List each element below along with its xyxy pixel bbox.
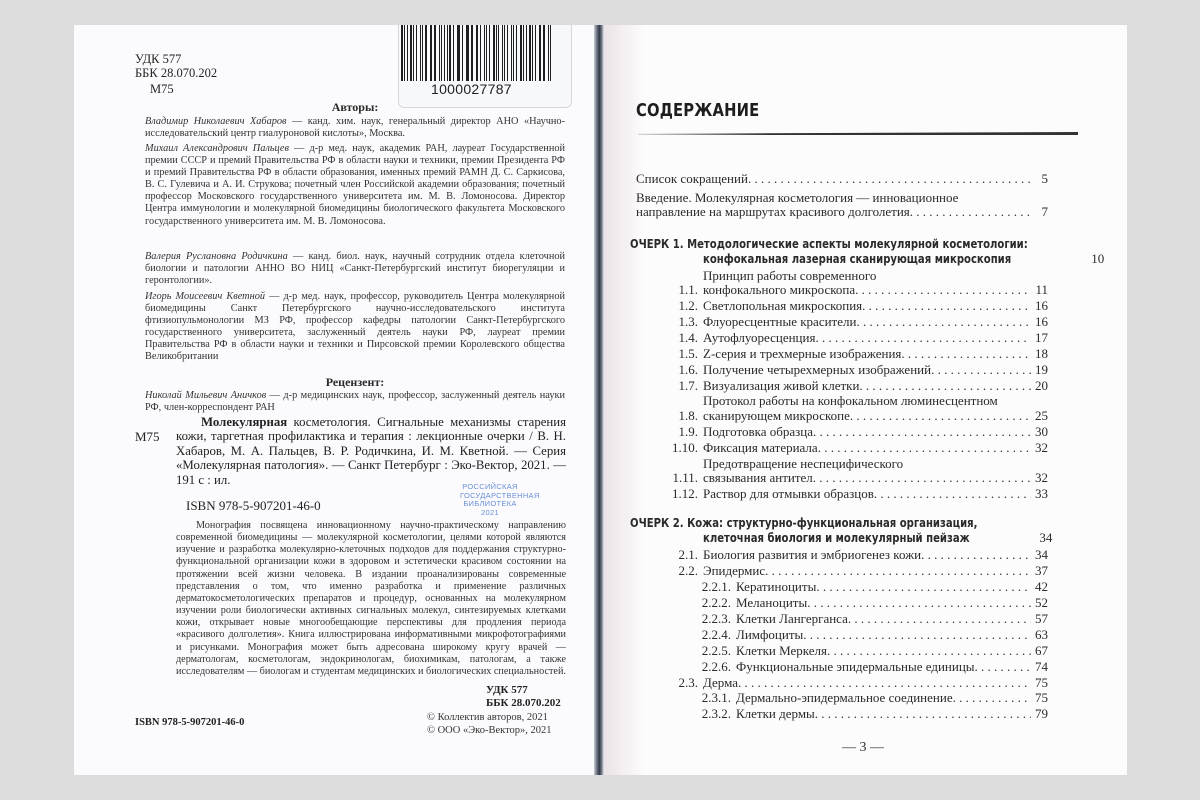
toc-entry-body: Лимфоциты . . . . . . . . . . . . . . . … <box>736 628 1031 642</box>
chapter-title: Методологические аспекты молекулярной ко… <box>687 236 1028 251</box>
toc-entry[interactable]: 1.5.Z-серия и трехмерные изображения . .… <box>636 347 1048 361</box>
toc-entry-text: Клетки дермы <box>736 707 815 721</box>
isbn: ISBN 978-5-907201-46-0 <box>186 498 321 514</box>
dot-leader: . . . . . . . . . . . . . . . . . . . . … <box>807 596 1031 610</box>
toc-entry-text: Фиксация материала <box>703 441 818 455</box>
barcode-bar <box>462 25 463 81</box>
toc-entry-text: Раствор для отмывки образцов <box>703 487 874 501</box>
toc-entry-text: Визуализация живой клетки <box>703 379 859 393</box>
toc-entry-line: конфокального микроскопа . . . . . . . .… <box>703 283 1031 297</box>
barcode-sticker: 1000027787 <box>398 25 572 108</box>
chapter-title-line: конфокальная лазерная сканирующая микрос… <box>703 251 1048 266</box>
toc-entry-body: Функциональные эпидермальные единицы . .… <box>736 660 1031 674</box>
barcode-bar <box>507 25 508 81</box>
toc-entry-line: Клетки Лангерганса . . . . . . . . . . .… <box>736 612 1031 626</box>
toc-page-number: 63 <box>1031 628 1048 642</box>
toc-entry[interactable]: 2.2.1.Кератиноциты . . . . . . . . . . .… <box>636 580 1048 594</box>
chapter-title-line: клеточная биология и молекулярный пейзаж… <box>703 530 1048 545</box>
toc-entry-text: Лимфоциты <box>736 628 803 642</box>
toc-entry-number: 2.2.4. <box>636 628 736 642</box>
dot-leader: . . . . . . . . . . . . . . . . . . . . … <box>848 612 1031 626</box>
chapter-title-line: ОЧЕРК 2. Кожа: структурно-функциональная… <box>630 515 1046 530</box>
chapter-label: ОЧЕРК 2. <box>630 515 684 530</box>
author-name: Михаил Александрович Пальцев <box>145 143 289 154</box>
reviewer-heading: Рецензент: <box>135 375 575 390</box>
toc-entry[interactable]: 1.4.Аутофлуоресценция . . . . . . . . . … <box>636 331 1048 345</box>
toc-entry-body: Светлопольная микроскопия . . . . . . . … <box>703 299 1031 313</box>
toc-entry-body: Аутофлуоресценция . . . . . . . . . . . … <box>703 331 1031 345</box>
barcode-icon <box>401 25 553 81</box>
toc-entry[interactable]: 1.11.Предотвращение неспецифическогосвяз… <box>636 457 1048 486</box>
dot-leader: . . . . . . . . . . . . . . . . . . . . … <box>765 564 1031 578</box>
toc-entry-number: 2.3.2. <box>636 707 736 721</box>
chapter-title-line: ОЧЕРК 1. Методологические аспекты молеку… <box>630 236 1046 251</box>
toc-entry[interactable]: Введение. Молекулярная косметология — ин… <box>636 191 1048 220</box>
toc-page-number: 34 <box>1031 548 1048 562</box>
toc-page-number: 30 <box>1031 425 1048 439</box>
toc-page-number: 7 <box>1031 205 1048 219</box>
dot-leader: . . . . . . . . . . . . . . . . . . . . … <box>818 441 1031 455</box>
barcode-bar <box>410 25 411 81</box>
barcode-bar <box>434 25 436 81</box>
toc-entry-number: 1.8. <box>636 409 703 423</box>
toc-entry-number: 2.2.6. <box>636 660 736 674</box>
barcode-bar <box>467 25 469 81</box>
toc-entry-text: Флуоресцентные красители <box>703 315 856 329</box>
udk-bbk-header: УДК 577 ББК 28.070.202 <box>135 52 217 80</box>
copyright-publisher: © ООО «Эко-Вектор», 2021 <box>427 724 552 737</box>
toc-entry[interactable]: 2.2.2.Меланоциты . . . . . . . . . . . .… <box>636 596 1048 610</box>
toc-entry-body: Эпидермис . . . . . . . . . . . . . . . … <box>703 564 1031 578</box>
barcode-bar <box>476 25 477 81</box>
toc-entry-line: Флуоресцентные красители . . . . . . . .… <box>703 315 1031 329</box>
toc-entry-line: Клетки дермы . . . . . . . . . . . . . .… <box>736 707 1031 721</box>
toc-entry-body: Биология развития и эмбриогенез кожи . .… <box>703 548 1031 562</box>
toc-entry[interactable]: 2.2.3.Клетки Лангерганса . . . . . . . .… <box>636 612 1048 626</box>
author-name: Владимир Николаевич Хабаров <box>145 116 287 127</box>
author-name: Игорь Моисеевич Кветной <box>145 291 265 302</box>
barcode-bar <box>513 25 514 81</box>
toc-entry-text: сканирующем микроскопе <box>703 409 850 423</box>
dot-leader: . . . . . . . . . . . . . . . . . . . . … <box>813 425 1031 439</box>
toc-entry-line: Z-серия и трехмерные изображения . . . .… <box>703 347 1031 361</box>
toc-page-number: 16 <box>1031 299 1048 313</box>
toc-page-number: 74 <box>1031 660 1048 674</box>
dot-leader: . . . . . . . . . . . . . . . . . . . . … <box>859 379 1031 393</box>
toc-entry-line: Эпидермис . . . . . . . . . . . . . . . … <box>703 564 1031 578</box>
toc-entry-number: 2.2.5. <box>636 644 736 658</box>
author-entry: Владимир Николаевич Хабаров — канд. хим.… <box>145 116 565 140</box>
toc-entry-text: Биология развития и эмбриогенез кожи <box>703 548 921 562</box>
toc-entry-body: Дерма . . . . . . . . . . . . . . . . . … <box>703 676 1031 690</box>
toc-entry-body: Клетки Меркеля . . . . . . . . . . . . .… <box>736 644 1031 658</box>
toc-entry-number: 1.7. <box>636 379 703 393</box>
toc-entry-body: Меланоциты . . . . . . . . . . . . . . .… <box>736 596 1031 610</box>
toc-entry-body: Подготовка образца . . . . . . . . . . .… <box>703 425 1031 439</box>
toc-page-number: 19 <box>1031 363 1048 377</box>
toc-entry-body: Принцип работы современногоконфокального… <box>703 269 1031 298</box>
toc-entry-body: Визуализация живой клетки . . . . . . . … <box>703 379 1031 393</box>
barcode-bar <box>484 25 485 81</box>
toc-entry-line: Список сокращений . . . . . . . . . . . … <box>636 172 1031 186</box>
toc-entry[interactable]: 2.2.6.Функциональные эпидермальные едини… <box>636 660 1048 674</box>
toc-entry-text: Дерма <box>703 676 738 690</box>
author-description: — д-р мед. наук, академик РАН, лауреат Г… <box>145 143 565 227</box>
toc-page-number: 33 <box>1031 487 1048 501</box>
toc-entry-line: Принцип работы современного <box>703 269 1031 283</box>
toc-entry-body: Клетки Лангерганса . . . . . . . . . . .… <box>736 612 1031 626</box>
toc-entry-text: Клетки Лангерганса <box>736 612 848 626</box>
barcode-bar <box>502 25 503 81</box>
toc-entry-body: Флуоресцентные красители . . . . . . . .… <box>703 315 1031 329</box>
barcode-bar <box>511 25 512 81</box>
barcode-bar <box>441 25 442 81</box>
barcode-bar <box>496 25 497 81</box>
barcode-bar <box>526 25 527 81</box>
dot-leader: . . . . . . . . . . . . . . . . . . . . … <box>816 580 1031 594</box>
barcode-bar <box>431 25 432 81</box>
toc-entry-number: 1.9. <box>636 425 703 439</box>
toc-page-number: 75 <box>1031 676 1048 690</box>
toc-page-number: 25 <box>1031 409 1048 423</box>
table-of-contents: Список сокращений . . . . . . . . . . . … <box>636 170 1048 723</box>
toc-entry-number: 1.10. <box>636 441 703 455</box>
toc-page-number: 34 <box>1036 530 1052 545</box>
dot-leader: . . . . . . . . . . . . . . . . . . . . … <box>855 283 1031 297</box>
toc-entry-line: Светлопольная микроскопия . . . . . . . … <box>703 299 1031 313</box>
barcode-bar <box>453 25 454 81</box>
barcode-bar <box>407 25 408 81</box>
toc-entry[interactable]: 1.8.Протокол работы на конфокальном люми… <box>636 394 1048 423</box>
dot-leader: . . . . . . . . . . . . . . . . . . . . … <box>874 487 1031 501</box>
toc-entry-number: 2.3.1. <box>636 691 736 705</box>
toc-entry-line: Визуализация живой клетки . . . . . . . … <box>703 379 1031 393</box>
chapter-label: ОЧЕРК 1. <box>630 236 684 251</box>
toc-entry-text: Кератиноциты <box>736 580 816 594</box>
barcode-bar <box>413 25 414 81</box>
toc-entry[interactable]: 2.1.Биология развития и эмбриогенез кожи… <box>636 548 1048 562</box>
toc-entry-text: Функциональные эпидермальные единицы <box>736 660 975 674</box>
chapter-heading[interactable]: ОЧЕРК 1. Методологические аспекты молеку… <box>636 236 1048 266</box>
toc-entry-line: Лимфоциты . . . . . . . . . . . . . . . … <box>736 628 1031 642</box>
barcode-bar <box>532 25 533 81</box>
toc-entry[interactable]: 1.9.Подготовка образца . . . . . . . . .… <box>636 425 1048 439</box>
barcode-bar <box>543 25 545 81</box>
author-entry: Михаил Александрович Пальцев — д-р мед. … <box>145 143 565 228</box>
barcode-number: 1000027787 <box>431 81 512 97</box>
author-entry: Валерия Руслановна Родичкина — канд. био… <box>145 251 565 287</box>
toc-entry-number: 2.2.2. <box>636 596 736 610</box>
barcode-bar <box>422 25 423 81</box>
udk-code-footer: УДК 577 <box>486 684 561 697</box>
toc-entry-body: Получение четырехмерных изображений . . … <box>703 363 1031 377</box>
toc-page-number: 37 <box>1031 564 1048 578</box>
toc-entry-number: 1.12. <box>636 487 703 501</box>
reviewer-name: Николай Мильевич Аничков <box>145 390 266 401</box>
toc-page-number: 79 <box>1031 707 1048 721</box>
toc-entry[interactable]: 1.12.Раствор для отмывки образцов . . . … <box>636 487 1048 501</box>
chapter-title: Кожа: структурно-функциональная организа… <box>687 515 977 530</box>
toc-entry[interactable]: 2.2.Эпидермис . . . . . . . . . . . . . … <box>636 564 1048 578</box>
barcode-bar <box>404 25 405 81</box>
dot-leader: . . . . . . . . . . . . . . . . . . . . … <box>862 299 1031 313</box>
barcode-bar <box>439 25 440 81</box>
barcode-bar <box>449 25 451 81</box>
toc-entry-body: Протокол работы на конфокальном люминесц… <box>703 394 1031 423</box>
bbk-code-footer: ББК 28.070.202 <box>486 697 561 710</box>
chapter-subtitle-wrap: конфокальная лазерная сканирующая микрос… <box>703 251 1088 266</box>
toc-entry-body: Фиксация материала . . . . . . . . . . .… <box>703 441 1031 455</box>
bibliographic-record: Молекулярная косметология. Сигнальные ме… <box>176 415 566 487</box>
toc-entry-line: Введение. Молекулярная косметология — ин… <box>636 191 1031 205</box>
bbk-code: ББК 28.070.202 <box>135 66 217 80</box>
stamp-line: 2021 <box>460 509 520 518</box>
toc-entry-text: Z-серия и трехмерные изображения <box>703 347 901 361</box>
dot-leader: . . . . . . . . . . . . . . . . . . . . … <box>931 363 1031 377</box>
toc-entry[interactable]: 2.3.1.Дермально-эпидермальное соединение… <box>636 691 1048 705</box>
toc-entry-number: 2.2.1. <box>636 580 736 594</box>
toc-entry[interactable]: Список сокращений . . . . . . . . . . . … <box>636 172 1048 186</box>
annotation: Монография посвящена инновационному науч… <box>176 520 566 678</box>
toc-title: СОДЕРЖАНИЕ <box>636 100 759 121</box>
toc-page-number: 20 <box>1031 379 1048 393</box>
dot-leader: . . . . . . . . . . . . . . . . . . . . … <box>748 172 1031 186</box>
toc-entry-number: 1.11. <box>636 471 703 485</box>
toc-entry-line: Получение четырехмерных изображений . . … <box>703 363 1031 377</box>
toc-entry-body: Z-серия и трехмерные изображения . . . .… <box>703 347 1031 361</box>
toc-entry-body: Дермально-эпидермальное соединение . . .… <box>736 691 1031 705</box>
toc-page-number: 16 <box>1031 315 1048 329</box>
toc-entry-number: 1.2. <box>636 299 703 313</box>
barcode-bar <box>539 25 540 81</box>
copyright-authors: © Коллектив авторов, 2021 <box>427 711 552 724</box>
toc-entry-line: Раствор для отмывки образцов . . . . . .… <box>703 487 1031 501</box>
author-entry: Игорь Моисеевич Кветной — д-р мед. наук,… <box>145 291 565 364</box>
toc-page-number: 11 <box>1031 283 1048 297</box>
toc-entry[interactable]: 1.6.Получение четырехмерных изображений … <box>636 363 1048 377</box>
chapter-heading[interactable]: ОЧЕРК 2. Кожа: структурно-функциональная… <box>636 515 1048 545</box>
toc-entry-line: Протокол работы на конфокальном люминесц… <box>703 394 1031 408</box>
isbn-footer: ISBN 978-5-907201-46-0 <box>135 717 244 728</box>
biblio-mark: М75 <box>135 429 160 445</box>
toc-entry-line: Предотвращение неспецифического <box>703 457 1031 471</box>
page-number: — 3 — <box>600 740 1126 756</box>
barcode-bar <box>540 25 541 81</box>
dot-leader: . . . . . . . . . . . . . . . . . . . . … <box>813 471 1031 485</box>
chapter-subtitle: конфокальная лазерная сканирующая микрос… <box>703 251 1011 266</box>
dot-leader: . . . . . . . . . . . . . . . . . . . . … <box>850 409 1031 423</box>
barcode-bar <box>444 25 445 81</box>
barcode-bar <box>416 25 418 81</box>
toc-page-number: 10 <box>1088 251 1104 266</box>
toc-page-number: 67 <box>1031 644 1048 658</box>
toc-entry[interactable]: 1.3.Флуоресцентные красители . . . . . .… <box>636 315 1048 329</box>
author-name: Валерия Руслановна Родичкина <box>145 251 288 262</box>
toc-entry-text: конфокального микроскопа <box>703 283 855 297</box>
toc-entry-text: направление на маршрутах красивого долго… <box>636 205 910 219</box>
toc-entry-text: Аутофлуоресценция <box>703 331 815 345</box>
toc-entry-text: Клетки Меркеля <box>736 644 827 658</box>
barcode-bar <box>523 25 524 81</box>
dot-leader: . . . . . . . . . . . . . . . . . . . . … <box>856 315 1031 329</box>
toc-entry-line: Подготовка образца . . . . . . . . . . .… <box>703 425 1031 439</box>
barcode-bar <box>516 25 517 81</box>
barcode-bar <box>457 25 458 81</box>
toc-page-number: 52 <box>1031 596 1048 610</box>
toc-entry-text: Подготовка образца <box>703 425 813 439</box>
dot-leader: . . . . . . . . . . . . . . . . . . . . … <box>738 676 1031 690</box>
toc-page-number: 42 <box>1031 580 1048 594</box>
toc-page-number: 57 <box>1031 612 1048 626</box>
barcode-bar <box>447 25 448 81</box>
toc-entry[interactable]: 2.2.4.Лимфоциты . . . . . . . . . . . . … <box>636 628 1048 642</box>
barcode-bar <box>458 25 459 81</box>
toc-entry-text: Дермально-эпидермальное соединение <box>736 691 953 705</box>
toc-entry-text: Список сокращений <box>636 172 748 186</box>
barcode-bar <box>529 25 531 81</box>
chapter-subtitle-wrap: клеточная биология и молекулярный пейзаж <box>703 530 1036 545</box>
chapter-subtitle: клеточная биология и молекулярный пейзаж <box>703 530 970 545</box>
toc-entry[interactable]: 1.7.Визуализация живой клетки . . . . . … <box>636 379 1048 393</box>
barcode-bar <box>477 25 478 81</box>
dot-leader: . . . . . . . . . . . . . . . . . . . . … <box>921 548 1031 562</box>
toc-entry-text: Меланоциты <box>736 596 807 610</box>
barcode-bar <box>471 25 473 81</box>
toc-entry-number: 2.1. <box>636 548 703 562</box>
toc-entry-body: Введение. Молекулярная косметология — ин… <box>636 191 1031 220</box>
barcode-bar <box>520 25 522 81</box>
dot-leader: . . . . . . . . . . . . . . . . . . . . … <box>803 628 1031 642</box>
author-mark: М75 <box>150 82 174 97</box>
toc-entry-line: Дермально-эпидермальное соединение . . .… <box>736 691 1031 705</box>
copyright: © Коллектив авторов, 2021 © ООО «Эко-Век… <box>427 711 552 737</box>
toc-entry-body: Кератиноциты . . . . . . . . . . . . . .… <box>736 580 1031 594</box>
toc-page-number: 32 <box>1031 441 1048 455</box>
book-spine <box>594 25 604 775</box>
barcode-bar <box>504 25 506 81</box>
barcode-bar <box>486 25 487 81</box>
barcode-bar <box>493 25 494 81</box>
toc-entry-line: Биология развития и эмбриогенез кожи . .… <box>703 548 1031 562</box>
barcode-bar <box>548 25 549 81</box>
toc-entry-number: 2.3. <box>636 676 703 690</box>
barcode-bar <box>550 25 551 81</box>
toc-entry-number: 1.4. <box>636 331 703 345</box>
barcode-bar <box>420 25 421 81</box>
toc-page-number: 5 <box>1031 172 1048 186</box>
toc-entry[interactable]: 2.3.2.Клетки дермы . . . . . . . . . . .… <box>636 707 1048 721</box>
toc-entry-body: Список сокращений . . . . . . . . . . . … <box>636 172 1031 186</box>
toc-entry-body: Раствор для отмывки образцов . . . . . .… <box>703 487 1031 501</box>
toc-entry-text: связывания антител <box>703 471 813 485</box>
toc-entry[interactable]: 2.3.Дерма . . . . . . . . . . . . . . . … <box>636 676 1048 690</box>
toc-entry-body: Клетки дермы . . . . . . . . . . . . . .… <box>736 707 1031 721</box>
barcode-bar <box>466 25 467 81</box>
toc-entry[interactable]: 1.10.Фиксация материала . . . . . . . . … <box>636 441 1048 455</box>
dot-leader: . . . . . . . . . . . . . . . . . . . . … <box>901 347 1031 361</box>
toc-page-number: 32 <box>1031 471 1048 485</box>
dot-leader: . . . . . . . . . . . . . . . . . . . . … <box>827 644 1031 658</box>
toc-entry-line: связывания антител . . . . . . . . . . .… <box>703 471 1031 485</box>
toc-entry-line: Клетки Меркеля . . . . . . . . . . . . .… <box>736 644 1031 658</box>
toc-entry-line: Аутофлуоресценция . . . . . . . . . . . … <box>703 331 1031 345</box>
dot-leader: . . . . . . . . . . . . . . . . . . . . … <box>975 660 1031 674</box>
toc-entry-number: 1.6. <box>636 363 703 377</box>
biblio-title-bold: Молекулярная <box>201 415 287 429</box>
dot-leader: . . . . . . . . . . . . . . . . . . . . … <box>815 331 1031 345</box>
toc-entry-number: 1.5. <box>636 347 703 361</box>
toc-page-number: 18 <box>1031 347 1048 361</box>
toc-entry-line: направление на маршрутах красивого долго… <box>636 205 1031 219</box>
barcode-bar <box>430 25 431 81</box>
toc-entry[interactable]: 1.1.Принцип работы современногоконфокаль… <box>636 269 1048 298</box>
toc-entry-line: Кератиноциты . . . . . . . . . . . . . .… <box>736 580 1031 594</box>
authors-heading: Авторы: <box>135 100 575 115</box>
toc-entry-text: Получение четырехмерных изображений <box>703 363 931 377</box>
udk-bbk-footer: УДК 577 ББК 28.070.202 <box>486 684 561 710</box>
toc-entry-text: Эпидермис <box>703 564 765 578</box>
barcode-bar <box>535 25 536 81</box>
barcode-bar <box>489 25 491 81</box>
toc-entry-line: Функциональные эпидермальные единицы . .… <box>736 660 1031 674</box>
library-stamp: РОССИЙСКАЯ ГОСУДАРСТВЕННАЯ БИБЛИОТЕКА 20… <box>460 483 520 517</box>
toc-entry-number: 1.1. <box>636 283 703 297</box>
barcode-bar <box>480 25 481 81</box>
toc-entry-line: сканирующем микроскопе . . . . . . . . .… <box>703 409 1031 423</box>
dot-leader: . . . . . . . . . . . . . . . . . . . . … <box>953 691 1031 705</box>
toc-page-number: 17 <box>1031 331 1048 345</box>
barcode-bar <box>425 25 427 81</box>
dot-leader: . . . . . . . . . . . . . . . . . . . . … <box>910 205 1031 219</box>
toc-entry-number: 1.3. <box>636 315 703 329</box>
toc-entry-line: Фиксация материала . . . . . . . . . . .… <box>703 441 1031 455</box>
toc-entry-body: Предотвращение неспецифическогосвязывани… <box>703 457 1031 486</box>
toc-entry-line: Меланоциты . . . . . . . . . . . . . . .… <box>736 596 1031 610</box>
toc-entry-number: 2.2. <box>636 564 703 578</box>
toc-entry-text: Светлопольная микроскопия <box>703 299 862 313</box>
toc-entry-line: Дерма . . . . . . . . . . . . . . . . . … <box>703 676 1031 690</box>
dot-leader: . . . . . . . . . . . . . . . . . . . . … <box>815 707 1031 721</box>
toc-entry-number: 2.2.3. <box>636 612 736 626</box>
barcode-bar <box>401 25 403 81</box>
toc-entry[interactable]: 1.2.Светлопольная микроскопия . . . . . … <box>636 299 1048 313</box>
toc-page-number: 75 <box>1031 691 1048 705</box>
udk-code: УДК 577 <box>135 52 217 66</box>
barcode-bar <box>498 25 499 81</box>
toc-entry[interactable]: 2.2.5.Клетки Меркеля . . . . . . . . . .… <box>636 644 1048 658</box>
reviewer-entry: Николай Мильевич Аничков — д-р медицинск… <box>145 390 565 414</box>
